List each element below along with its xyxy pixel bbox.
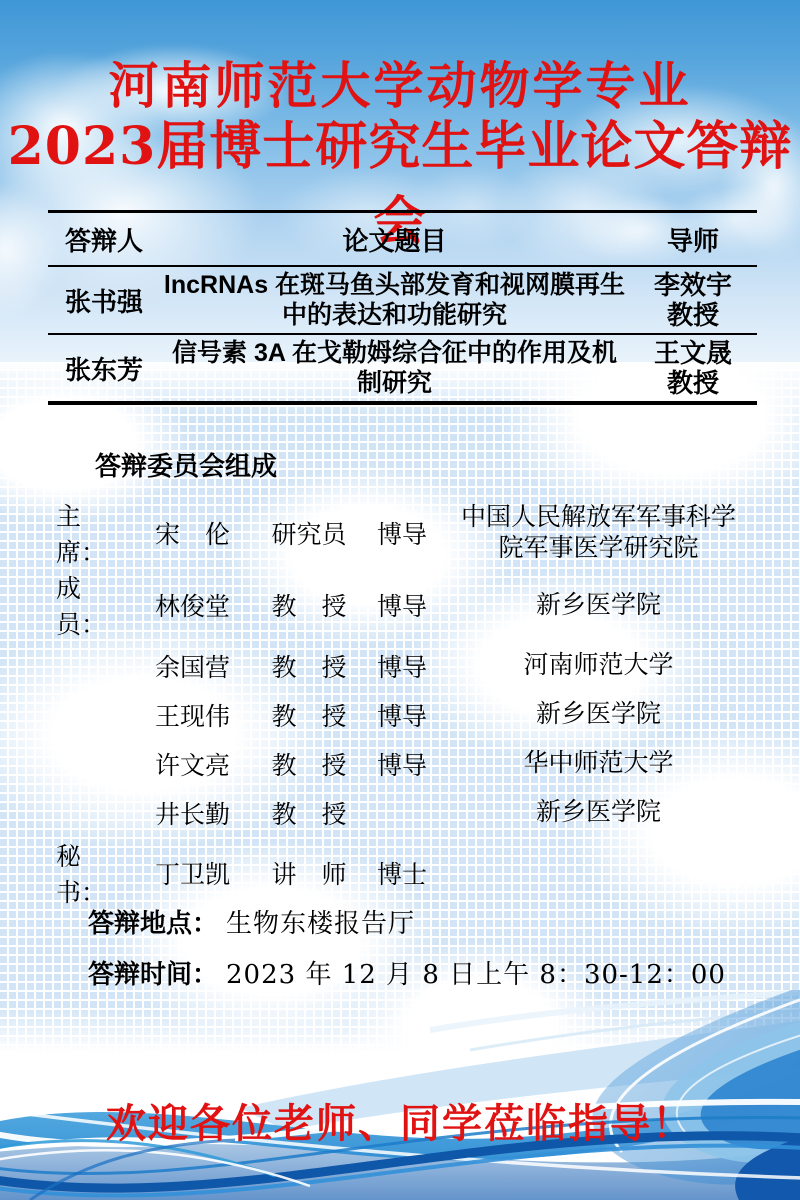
advisor-title: 教授 (629, 300, 757, 330)
committee-member-title: 教 授 (255, 648, 363, 684)
committee-member-name: 王现伟 (130, 697, 255, 733)
committee-member-title: 教 授 (255, 697, 363, 733)
advisor-name: 王文晟 (629, 338, 757, 368)
defense-schedule-table: 答辩人 论文题目 导师 张书强 lncRNAs 在斑马鱼头部发育和视网膜再生中的… (48, 210, 757, 405)
committee-member-institution: 新乡医学院 (441, 590, 756, 621)
thesis-title: lncRNAs 在斑马鱼头部发育和视网膜再生中的表达和功能研究 (160, 267, 629, 333)
advisor-title: 教授 (629, 368, 757, 398)
committee-member-institution: 新乡医学院 (441, 699, 756, 730)
committee-row: 余国营 教 授 博导 河南师范大学 (50, 641, 756, 690)
committee-member-institution: 河南师范大学 (441, 650, 756, 681)
time-value: 2023 年 12 月 8 日上午 8：30-12：00 (226, 954, 726, 991)
defender-name: 张东芳 (48, 350, 160, 387)
committee-member-title: 讲 师 (255, 855, 363, 891)
column-header-advisor: 导师 (629, 221, 757, 258)
defense-poster: 河南师范大学动物学专业 2023届博士研究生毕业论文答辩会 答辩人 论文题目 导… (0, 0, 800, 1200)
committee-row: 许文亮 教 授 博导 华中师范大学 (50, 739, 756, 788)
committee-member-name: 井长勤 (130, 795, 255, 831)
committee-row-secretary: 秘书： 丁卫凯 讲 师 博士 (50, 837, 756, 909)
committee-member-institution: 新乡医学院 (441, 797, 756, 828)
committee-member-name: 余国营 (130, 648, 255, 684)
advisor-cell: 王文晟 教授 (629, 338, 757, 398)
committee-member-degree: 博导 (363, 697, 441, 733)
table-row: 张东芳 信号素 3A 在戈勒姆综合征中的作用及机制研究 王文晟 教授 (48, 335, 757, 401)
column-header-thesis-title: 论文题目 (160, 221, 629, 258)
committee-member-title: 教 授 (255, 795, 363, 831)
committee-member-degree: 博士 (363, 855, 441, 891)
committee-member-name: 林俊堂 (130, 587, 255, 623)
details-section: 答辩地点： 生物东楼报告厅 答辩时间： 2023 年 12 月 8 日上午 8：… (88, 903, 726, 1005)
committee-role: 主席： (50, 497, 130, 569)
location-value: 生物东楼报告厅 (226, 903, 415, 940)
advisor-name: 李效宇 (629, 270, 757, 300)
committee-member-degree: 博导 (363, 746, 441, 782)
committee-member-degree: 博导 (363, 515, 441, 551)
defense-time-line: 答辩时间： 2023 年 12 月 8 日上午 8：30-12：00 (88, 954, 726, 991)
committee-heading: 答辩委员会组成 (95, 446, 756, 483)
thesis-title: 信号素 3A 在戈勒姆综合征中的作用及机制研究 (160, 335, 629, 401)
committee-member-name: 宋 伦 (130, 515, 255, 551)
committee-role: 成员： (50, 569, 130, 641)
defender-name: 张书强 (48, 282, 160, 319)
welcome-message: 欢迎各位老师、同学莅临指导！ (0, 1092, 800, 1149)
committee-member-institution: 中国人民解放军军事科学院军事医学研究院 (441, 502, 756, 564)
committee-member-name: 丁卫凯 (130, 855, 255, 891)
committee-row: 成员： 林俊堂 教 授 博导 新乡医学院 (50, 569, 756, 641)
defense-location-line: 答辩地点： 生物东楼报告厅 (88, 903, 726, 940)
committee-row: 王现伟 教 授 博导 新乡医学院 (50, 690, 756, 739)
committee-member-institution: 华中师范大学 (441, 748, 756, 779)
committee-member-title: 教 授 (255, 746, 363, 782)
table-row: 张书强 lncRNAs 在斑马鱼头部发育和视网膜再生中的表达和功能研究 李效宇 … (48, 267, 757, 335)
committee-member-title: 教 授 (255, 587, 363, 623)
committee-member-degree: 博导 (363, 648, 441, 684)
committee-member-degree: 博导 (363, 587, 441, 623)
time-label: 答辩时间： (88, 954, 218, 991)
advisor-cell: 李效宇 教授 (629, 270, 757, 330)
committee-role: 秘书： (50, 837, 130, 909)
committee-row-chair: 主席： 宋 伦 研究员 博导 中国人民解放军军事科学院军事医学研究院 (50, 497, 756, 569)
table-header-row: 答辩人 论文题目 导师 (48, 213, 757, 267)
committee-member-name: 许文亮 (130, 746, 255, 782)
committee-row: 井长勤 教 授 新乡医学院 (50, 788, 756, 837)
location-label: 答辩地点： (88, 903, 218, 940)
committee-member-title: 研究员 (255, 515, 363, 551)
column-header-defender: 答辩人 (48, 221, 160, 258)
committee-section: 答辩委员会组成 主席： 宋 伦 研究员 博导 中国人民解放军军事科学院军事医学研… (50, 446, 756, 909)
